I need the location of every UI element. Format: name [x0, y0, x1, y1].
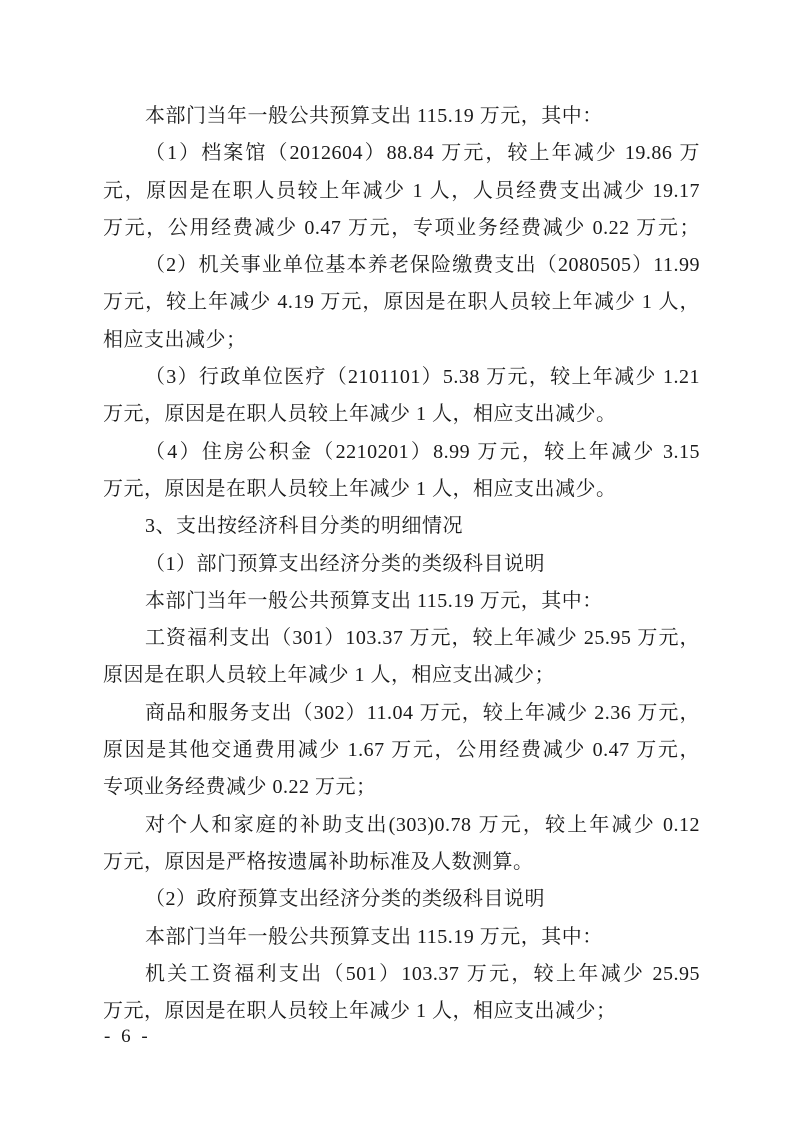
text-line: 工资福利支出（301）103.37 万元，较上年减少 25.95 万元，: [103, 620, 700, 657]
text-line: 本部门当年一般公共预算支出 115.19 万元，其中：: [103, 583, 700, 620]
text-line: （1）部门预算支出经济分类的类级科目说明: [103, 546, 700, 583]
text-line: 元，原因是在职人员较上年减少 1 人，人员经费支出减少 19.17: [103, 173, 700, 210]
text-line: 万元，原因是严格按遗属补助标准及人数测算。: [103, 844, 700, 881]
text-line: 机关工资福利支出（501）103.37 万元，较上年减少 25.95: [103, 956, 700, 993]
text-line: 3、支出按经济科目分类的明细情况: [103, 508, 700, 545]
text-line: （3）行政单位医疗（2101101）5.38 万元，较上年减少 1.21: [103, 359, 700, 396]
text-line: 原因是其他交通费用减少 1.67 万元，公用经费减少 0.47 万元，: [103, 732, 700, 769]
text-line: 对个人和家庭的补助支出(303)0.78 万元，较上年减少 0.12: [103, 807, 700, 844]
text-line: 专项业务经费减少 0.22 万元；: [103, 769, 700, 806]
text-line: 相应支出减少；: [103, 322, 700, 359]
text-line: 商品和服务支出（302）11.04 万元，较上年减少 2.36 万元，: [103, 695, 700, 732]
text-line: 万元，原因是在职人员较上年减少 1 人，相应支出减少；: [103, 993, 700, 1030]
text-line: （4）住房公积金（2210201）8.99 万元，较上年减少 3.15: [103, 434, 700, 471]
text-line: 万元，原因是在职人员较上年减少 1 人，相应支出减少。: [103, 471, 700, 508]
text-line: （1）档案馆（2012604）88.84 万元，较上年减少 19.86 万: [103, 135, 700, 172]
text-line: 万元，原因是在职人员较上年减少 1 人，相应支出减少。: [103, 396, 700, 433]
text-line: 原因是在职人员较上年减少 1 人，相应支出减少；: [103, 657, 700, 694]
text-line: （2）机关事业单位基本养老保险缴费支出（2080505）11.99: [103, 247, 700, 284]
text-line: 本部门当年一般公共预算支出 115.19 万元，其中：: [103, 98, 700, 135]
text-line: 本部门当年一般公共预算支出 115.19 万元，其中：: [103, 919, 700, 956]
document-page: 本部门当年一般公共预算支出 115.19 万元，其中：（1）档案馆（201260…: [0, 0, 793, 1122]
text-line: 万元，较上年减少 4.19 万元，原因是在职人员较上年减少 1 人，: [103, 284, 700, 321]
document-body: 本部门当年一般公共预算支出 115.19 万元，其中：（1）档案馆（201260…: [103, 98, 700, 1030]
text-line: （2）政府预算支出经济分类的类级科目说明: [103, 881, 700, 918]
text-line: 万元，公用经费减少 0.47 万元，专项业务经费减少 0.22 万元；: [103, 210, 700, 247]
page-number: - 6 -: [104, 1026, 151, 1048]
